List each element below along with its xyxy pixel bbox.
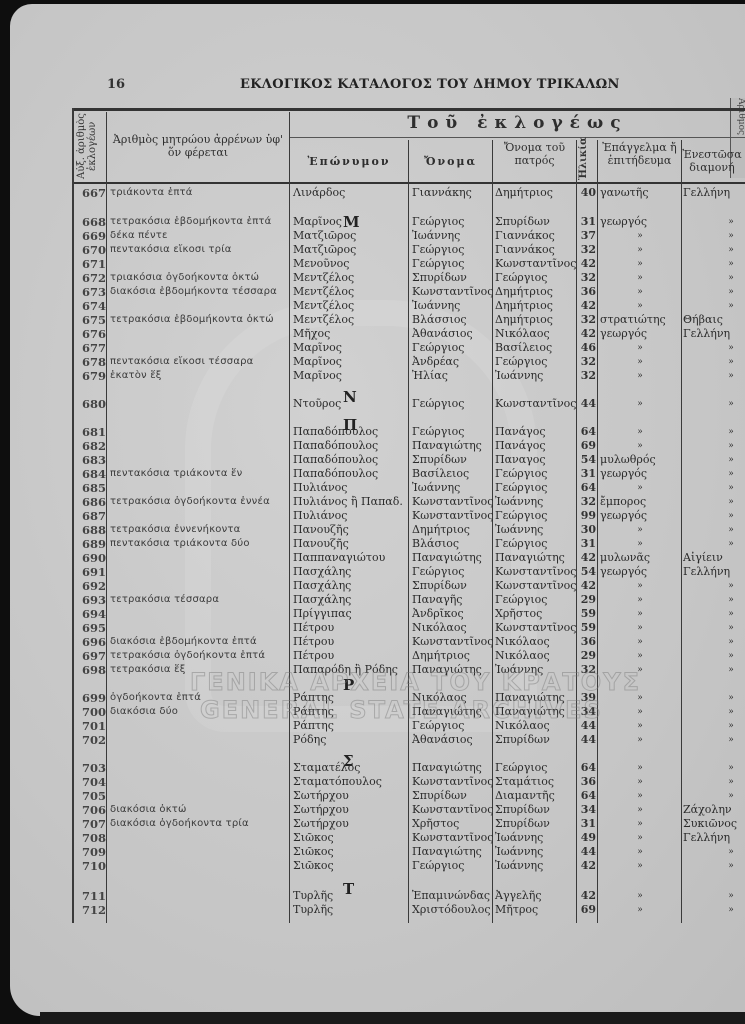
first-name-cell: Βλάσσιος bbox=[412, 313, 467, 327]
age-cell: 99 bbox=[578, 509, 596, 523]
profession-cell: » bbox=[600, 889, 680, 903]
first-name-cell: Γεώργιος bbox=[412, 859, 464, 873]
registry-number-words-cell: τετρακόσια τέσσαρα bbox=[110, 593, 219, 607]
surname-cell: Μεντζέλος bbox=[293, 285, 354, 299]
age-cell: 31 bbox=[578, 817, 596, 831]
first-name-cell: Γεώργιος bbox=[412, 215, 464, 229]
age-cell: 36 bbox=[578, 635, 596, 649]
father-name-cell: Νικόλαος bbox=[495, 649, 550, 663]
surname-cell: Παπαδόπουλος bbox=[293, 453, 378, 467]
serial-number-cell: 699 bbox=[78, 691, 106, 705]
father-name-cell: Χρῆστος bbox=[495, 607, 542, 621]
group-divider-rule bbox=[290, 137, 745, 138]
table-row: 693τετρακόσια τέσσαραΠασχάληςΠαναγῆςΓεώρ… bbox=[0, 593, 745, 607]
profession-cell: » bbox=[600, 369, 680, 383]
age-cell: 54 bbox=[578, 565, 596, 579]
father-name-cell: Ἀγγελῆς bbox=[495, 889, 542, 903]
profession-cell: » bbox=[600, 439, 680, 453]
surname-cell: Σιῶκος bbox=[293, 831, 334, 845]
residence-cell: » bbox=[700, 889, 745, 903]
profession-cell: » bbox=[600, 341, 680, 355]
age-cell: 29 bbox=[578, 649, 596, 663]
table-row: 685ΠυλιάνοςἸωάννηςΓεώργιος64»» bbox=[0, 481, 745, 495]
serial-number-cell: 667 bbox=[78, 186, 106, 200]
residence-cell: » bbox=[700, 341, 745, 355]
registry-number-words-cell: πεντακόσια τριάκοντα δύο bbox=[110, 537, 250, 551]
serial-number-cell: 676 bbox=[78, 327, 106, 341]
residence-cell: » bbox=[700, 299, 745, 313]
profession-cell: » bbox=[600, 719, 680, 733]
table-row: 712ΤυρλῆςΧριστόδουλοςΜῆτρος69»» bbox=[0, 903, 745, 917]
residence-cell: Γελλήνη bbox=[683, 565, 745, 579]
residence-cell: » bbox=[700, 593, 745, 607]
registry-number-words-cell: δέκα πέντε bbox=[110, 229, 168, 243]
first-name-cell: Ἠλίας bbox=[412, 369, 448, 383]
table-row: 680ΝτοῦροςΓεώργιοςΚωνσταντῖνος44»» bbox=[0, 397, 745, 411]
serial-number-cell: 679 bbox=[78, 369, 106, 383]
father-name-cell: Παναγος bbox=[495, 453, 546, 467]
profession-cell: » bbox=[600, 523, 680, 537]
table-row: 677ΜαρῖνοςΓεώργιοςΒασίλειος46»» bbox=[0, 341, 745, 355]
profession-cell: » bbox=[600, 229, 680, 243]
serial-number-cell: 675 bbox=[78, 313, 106, 327]
first-name-cell: Ἐπαμινώνδας bbox=[412, 889, 490, 903]
father-name-cell: Γεώργιος bbox=[495, 467, 547, 481]
serial-number-cell: 688 bbox=[78, 523, 106, 537]
surname-cell: Πανουζῆς bbox=[293, 523, 349, 537]
table-row: 672τριακόσια ὀγδοήκοντα ὀκτώΜεντζέλοςΣπυ… bbox=[0, 271, 745, 285]
age-cell: 42 bbox=[578, 299, 596, 313]
profession-cell: μυλωθρός bbox=[600, 453, 680, 467]
residence-cell: » bbox=[700, 257, 745, 271]
profession-cell: » bbox=[600, 593, 680, 607]
surname-cell: Μαρῖνος bbox=[293, 215, 342, 229]
father-name-cell: Ἰωάννης bbox=[495, 845, 543, 859]
serial-number-cell: 673 bbox=[78, 285, 106, 299]
first-name-cell: Σπυρίδων bbox=[412, 271, 467, 285]
first-name-cell: Γεώργιος bbox=[412, 425, 464, 439]
table-row: 695ΠέτρουΝικόλαοςΚωνσταντῖνος59»» bbox=[0, 621, 745, 635]
profession-cell: » bbox=[600, 761, 680, 775]
age-cell: 42 bbox=[578, 579, 596, 593]
first-name-cell: Γιαννάκης bbox=[412, 186, 472, 200]
header-registry: Ἀριθμὸς μητρώου ἀρρένων ὑφ' ὅν φέρεται bbox=[112, 133, 284, 159]
father-name-cell: Σπυρίδων bbox=[495, 803, 550, 817]
age-cell: 64 bbox=[578, 761, 596, 775]
residence-cell: » bbox=[700, 859, 745, 873]
residence-cell: » bbox=[700, 621, 745, 635]
first-name-cell: Ἰωάννης bbox=[412, 299, 460, 313]
profession-cell: » bbox=[600, 649, 680, 663]
residence-cell: Ζάχολην bbox=[683, 803, 745, 817]
registry-number-words-cell: ὀγδοήκοντα ἑπτά bbox=[110, 691, 201, 705]
age-cell: 29 bbox=[578, 593, 596, 607]
surname-cell: Μενοῦνος bbox=[293, 257, 349, 271]
serial-number-cell: 711 bbox=[78, 889, 106, 903]
surname-cell: Σωτήρχου bbox=[293, 817, 349, 831]
first-name-cell: Παναγιώτης bbox=[412, 439, 482, 453]
age-cell: 31 bbox=[578, 215, 596, 229]
table-row: 702ΡόδηςἈθανάσιοςΣπυρίδων44»» bbox=[0, 733, 745, 747]
father-name-cell: Ἰωάννης bbox=[495, 859, 543, 873]
surname-cell: Παπαδόπουλος bbox=[293, 439, 378, 453]
residence-cell: » bbox=[700, 271, 745, 285]
registry-number-words-cell: πεντακόσια τριάκοντα ἕν bbox=[110, 467, 242, 481]
residence-cell: » bbox=[700, 649, 745, 663]
serial-number-cell: 695 bbox=[78, 621, 106, 635]
profession-cell: » bbox=[600, 789, 680, 803]
first-name-cell: Δημήτριος bbox=[412, 649, 470, 663]
residence-cell: » bbox=[700, 509, 745, 523]
residence-cell: » bbox=[700, 775, 745, 789]
table-row: 688τετρακόσια ἐννενήκονταΠανουζῆςΔημήτρι… bbox=[0, 523, 745, 537]
age-cell: 32 bbox=[578, 355, 596, 369]
profession-cell: μυλωνᾶς bbox=[600, 551, 680, 565]
father-name-cell: Ἰωάννης bbox=[495, 831, 543, 845]
table-row: 674ΜεντζέλοςἸωάννηςΔημήτριος42»» bbox=[0, 299, 745, 313]
profession-cell: » bbox=[600, 579, 680, 593]
first-name-cell: Παναγῆς bbox=[412, 593, 462, 607]
surname-cell: Πέτρου bbox=[293, 621, 334, 635]
residence-cell: » bbox=[700, 467, 745, 481]
father-name-cell: Δημήτριος bbox=[495, 299, 553, 313]
residence-cell: » bbox=[700, 537, 745, 551]
header-father-name: Ὄνομα τοῦ πατρός bbox=[493, 141, 576, 167]
serial-number-cell: 694 bbox=[78, 607, 106, 621]
profession-cell: γεωργός bbox=[600, 467, 680, 481]
father-name-cell: Δημήτριος bbox=[495, 186, 553, 200]
father-name-cell: Γιαννάκος bbox=[495, 229, 555, 243]
profession-cell: ἔμπορος bbox=[600, 495, 680, 509]
surname-cell: Παπαδόπουλος bbox=[293, 425, 378, 439]
residence-cell: » bbox=[700, 481, 745, 495]
serial-number-cell: 698 bbox=[78, 663, 106, 677]
serial-number-cell: 692 bbox=[78, 579, 106, 593]
registry-number-words-cell: τριάκοντα ἑπτά bbox=[110, 186, 193, 200]
age-cell: 69 bbox=[578, 903, 596, 917]
header-profession: Ἐπάγγελμα ἤ ἐπιτήδευμα bbox=[598, 141, 681, 167]
father-name-cell: Γιαννάκος bbox=[495, 243, 555, 257]
father-name-cell: Πανάγος bbox=[495, 439, 546, 453]
table-row: 668τετρακόσια ἑβδομήκοντα ἑπτάΜαρῖνοςΓεώ… bbox=[0, 215, 745, 229]
residence-cell: » bbox=[700, 453, 745, 467]
serial-number-cell: 690 bbox=[78, 551, 106, 565]
profession-cell: γεωργός bbox=[600, 565, 680, 579]
age-cell: 31 bbox=[578, 467, 596, 481]
father-name-cell: Σπυρίδων bbox=[495, 733, 550, 747]
age-cell: 54 bbox=[578, 453, 596, 467]
registry-number-words-cell: διακόσια ἑβδομήκοντα ἑπτά bbox=[110, 635, 257, 649]
serial-number-cell: 669 bbox=[78, 229, 106, 243]
age-cell: 42 bbox=[578, 257, 596, 271]
header-name: Ὄνομα bbox=[409, 155, 492, 168]
residence-cell: Γελλήνη bbox=[683, 186, 745, 200]
table-row: 691ΠασχάληςΓεώργιοςΚωνσταντῖνος54γεωργός… bbox=[0, 565, 745, 579]
residence-cell: » bbox=[700, 663, 745, 677]
serial-number-cell: 691 bbox=[78, 565, 106, 579]
age-cell: 40 bbox=[578, 186, 596, 200]
profession-cell: » bbox=[600, 271, 680, 285]
father-name-cell: Γεώργιος bbox=[495, 537, 547, 551]
residence-cell: » bbox=[700, 523, 745, 537]
age-cell: 44 bbox=[578, 733, 596, 747]
serial-number-cell: 702 bbox=[78, 733, 106, 747]
residence-cell: » bbox=[700, 691, 745, 705]
profession-cell: » bbox=[600, 621, 680, 635]
table-row: 704ΣταματόπουλοςΚωνσταντῖνοςΣταμάτιος36»… bbox=[0, 775, 745, 789]
father-name-cell: Νικόλαος bbox=[495, 635, 550, 649]
serial-number-cell: 693 bbox=[78, 593, 106, 607]
age-cell: 36 bbox=[578, 285, 596, 299]
profession-cell: » bbox=[600, 705, 680, 719]
surname-cell: Πασχάλης bbox=[293, 579, 351, 593]
serial-number-cell: 710 bbox=[78, 859, 106, 873]
table-row: 687ΠυλιάνοςΚωνσταντῖνοςΓεώργιος99γεωργός… bbox=[0, 509, 745, 523]
first-name-cell: Σπυρίδων bbox=[412, 789, 467, 803]
profession-cell: » bbox=[600, 607, 680, 621]
registry-number-words-cell: τετρακόσια ἐννενήκοντα bbox=[110, 523, 240, 537]
first-name-cell: Παναγιώτης bbox=[412, 845, 482, 859]
table-row: 706διακόσια ὀκτώΣωτήρχουΚωνσταντῖνοςΣπυρ… bbox=[0, 803, 745, 817]
registry-number-words-cell: διακόσια ἑβδομήκοντα τέσσαρα bbox=[110, 285, 277, 299]
surname-cell: Σιῶκος bbox=[293, 859, 334, 873]
table-row: 681ΠαπαδόπουλοςΓεώργιοςΠανάγος64»» bbox=[0, 425, 745, 439]
surname-cell: Ματζιῶρος bbox=[293, 243, 356, 257]
surname-cell: Πέτρου bbox=[293, 635, 334, 649]
page-bottom-edge bbox=[40, 1012, 745, 1024]
table-row: 679ἑκατὸν ἕξΜαρῖνοςἨλίαςἸωάννης32»» bbox=[0, 369, 745, 383]
serial-number-cell: 683 bbox=[78, 453, 106, 467]
profession-cell: » bbox=[600, 859, 680, 873]
table-row: 669δέκα πέντεΜατζιῶροςἸωάννηςΓιαννάκος37… bbox=[0, 229, 745, 243]
first-name-cell: Γεώργιος bbox=[412, 565, 464, 579]
table-row: 694ΠρίγγιπαςἈνδρῖκοςΧρῆστος59»» bbox=[0, 607, 745, 621]
father-name-cell: Σταμάτιος bbox=[495, 775, 554, 789]
surname-cell: Μῆχος bbox=[293, 327, 330, 341]
surname-cell: Σιῶκος bbox=[293, 845, 334, 859]
profession-cell: » bbox=[600, 537, 680, 551]
serial-number-cell: 696 bbox=[78, 635, 106, 649]
age-cell: 32 bbox=[578, 495, 596, 509]
surname-cell: Λινάρδος bbox=[293, 186, 345, 200]
surname-cell: Πασχάλης bbox=[293, 593, 351, 607]
father-name-cell: Γεώργιος bbox=[495, 481, 547, 495]
surname-cell: Μεντζέλος bbox=[293, 313, 354, 327]
residence-cell: » bbox=[700, 719, 745, 733]
surname-cell: Παππαναγιώτου bbox=[293, 551, 385, 565]
table-row: 675τετρακόσια ἑβδομήκοντα ὀκτώΜεντζέλοςΒ… bbox=[0, 313, 745, 327]
father-name-cell: Δημήτριος bbox=[495, 285, 553, 299]
watermark-line-1: ΓΕΝΙΚΑ ΑΡΧΕΙΑ ΤΟΥ ΚΡΑΤΟΥΣ bbox=[190, 668, 641, 696]
profession-cell: » bbox=[600, 425, 680, 439]
registry-number-words-cell: πεντακόσια εἴκοσι τρία bbox=[110, 243, 232, 257]
surname-cell: Μεντζέλος bbox=[293, 299, 354, 313]
serial-number-cell: 685 bbox=[78, 481, 106, 495]
first-name-cell: Σπυρίδων bbox=[412, 579, 467, 593]
watermark-line-2: GENERAL STATE ARCHIVES bbox=[200, 696, 603, 724]
father-name-cell: Κωνσταντῖνος bbox=[495, 565, 576, 579]
table-row: 683ΠαπαδόπουλοςΣπυρίδωνΠαναγος54μυλωθρός… bbox=[0, 453, 745, 467]
first-name-cell: Χριστόδουλος bbox=[412, 903, 491, 917]
father-name-cell: Βασίλειος bbox=[495, 341, 552, 355]
registry-number-words-cell: διακόσια ὀκτώ bbox=[110, 803, 187, 817]
first-name-cell: Χρῆστος bbox=[412, 817, 459, 831]
father-name-cell: Κωνσταντῖνος bbox=[495, 397, 576, 411]
father-name-cell: Κωνσταντῖνος bbox=[495, 579, 576, 593]
profession-cell: » bbox=[600, 243, 680, 257]
surname-cell: Τυρλῆς bbox=[293, 889, 333, 903]
residence-cell: » bbox=[700, 439, 745, 453]
surname-cell: Ντοῦρος bbox=[293, 397, 341, 411]
age-cell: 42 bbox=[578, 551, 596, 565]
residence-cell: Θήβαις bbox=[683, 313, 745, 327]
first-name-cell: Γεώργιος bbox=[412, 341, 464, 355]
surname-cell: Πυλιάνος bbox=[293, 481, 347, 495]
surname-cell: Πυλιάνος ἢ Παπαδ. bbox=[293, 495, 403, 509]
registry-number-words-cell: τετρακόσια ἑβδομήκοντα ἑπτά bbox=[110, 215, 271, 229]
first-name-cell: Ἀνδρῖκος bbox=[412, 607, 464, 621]
table-row: 703ΣταματέλοςΠαναγιώτηςΓεώργιος64»» bbox=[0, 761, 745, 775]
serial-number-cell: 684 bbox=[78, 467, 106, 481]
surname-cell: Σταματόπουλος bbox=[293, 775, 382, 789]
age-cell: 46 bbox=[578, 341, 596, 355]
profession-cell: γεωργός bbox=[600, 509, 680, 523]
profession-cell: » bbox=[600, 285, 680, 299]
first-name-cell: Ἀνδρέας bbox=[412, 355, 459, 369]
father-name-cell: Σπυρίδων bbox=[495, 215, 550, 229]
registry-number-words-cell: τετρακόσια ἑβδομήκοντα ὀκτώ bbox=[110, 313, 274, 327]
serial-number-cell: 682 bbox=[78, 439, 106, 453]
registry-number-words-cell: τριακόσια ὀγδοήκοντα ὀκτώ bbox=[110, 271, 259, 285]
table-row: 676ΜῆχοςἈθανάσιοςΝικόλαος42γεωργόςΓελλήν… bbox=[0, 327, 745, 341]
header-surname: Ἐπώνυμον bbox=[290, 155, 408, 168]
father-name-cell: Κωνσταντῖνος bbox=[495, 621, 576, 635]
serial-number-cell: 670 bbox=[78, 243, 106, 257]
father-name-cell: Γεώργιος bbox=[495, 271, 547, 285]
age-cell: 64 bbox=[578, 789, 596, 803]
father-name-cell: Γεώργιος bbox=[495, 355, 547, 369]
serial-number-cell: 697 bbox=[78, 649, 106, 663]
first-name-cell: Κωνσταντῖνος bbox=[412, 635, 493, 649]
age-cell: 42 bbox=[578, 889, 596, 903]
father-name-cell: Πανάγος bbox=[495, 425, 546, 439]
surname-cell: Τυρλῆς bbox=[293, 903, 333, 917]
first-name-cell: Βασίλειος bbox=[412, 467, 469, 481]
table-row: 708ΣιῶκοςΚωνσταντῖνοςἸωάννης49»Γελλήνη bbox=[0, 831, 745, 845]
age-cell: 42 bbox=[578, 859, 596, 873]
first-name-cell: Παναγιώτης bbox=[412, 761, 482, 775]
first-name-cell: Κωνσταντῖνος bbox=[412, 803, 493, 817]
age-cell: 42 bbox=[578, 327, 596, 341]
age-cell: 37 bbox=[578, 229, 596, 243]
age-cell: 44 bbox=[578, 845, 596, 859]
residence-cell: Συκιῶνος bbox=[683, 817, 745, 831]
serial-number-cell: 712 bbox=[78, 903, 106, 917]
surname-cell: Μαρῖνος bbox=[293, 341, 342, 355]
father-name-cell: Κωνσταντῖνος bbox=[495, 257, 576, 271]
first-name-cell: Κωνσταντῖνος bbox=[412, 509, 493, 523]
father-name-cell: Σπυρίδων bbox=[495, 817, 550, 831]
table-row: 670πεντακόσια εἴκοσι τρίαΜατζιῶροςΓεώργι… bbox=[0, 243, 745, 257]
surname-cell: Ματζιῶρος bbox=[293, 229, 356, 243]
residence-cell: » bbox=[700, 425, 745, 439]
table-row: 682ΠαπαδόπουλοςΠαναγιώτηςΠανάγος69»» bbox=[0, 439, 745, 453]
age-cell: 69 bbox=[578, 439, 596, 453]
father-name-cell: Ἰωάννης bbox=[495, 369, 543, 383]
residence-cell: » bbox=[700, 229, 745, 243]
registry-number-words-cell: διακόσια δύο bbox=[110, 705, 178, 719]
table-row: 673διακόσια ἑβδομήκοντα τέσσαραΜεντζέλος… bbox=[0, 285, 745, 299]
residence-cell: » bbox=[700, 579, 745, 593]
table-row: 667τριάκοντα ἑπτάΛινάρδοςΓιαννάκηςΔημήτρ… bbox=[0, 186, 745, 200]
age-cell: 32 bbox=[578, 313, 596, 327]
profession-cell: » bbox=[600, 257, 680, 271]
serial-number-cell: 668 bbox=[78, 215, 106, 229]
registry-number-words-cell: τετρακόσια ὀγδοήκοντα ἑπτά bbox=[110, 649, 265, 663]
table-row: 684πεντακόσια τριάκοντα ἕνΠαπαδόπουλοςΒα… bbox=[0, 467, 745, 481]
father-name-cell: Γεώργιος bbox=[495, 593, 547, 607]
first-name-cell: Γεώργιος bbox=[412, 243, 464, 257]
first-name-cell: Νικόλαος bbox=[412, 621, 467, 635]
surname-cell: Πρίγγιπας bbox=[293, 607, 352, 621]
residence-cell: Γελλήνη bbox=[683, 831, 745, 845]
residence-cell: » bbox=[700, 733, 745, 747]
serial-number-cell: 706 bbox=[78, 803, 106, 817]
table-top-rule bbox=[72, 108, 745, 111]
serial-number-cell: 687 bbox=[78, 509, 106, 523]
profession-cell: » bbox=[600, 299, 680, 313]
surname-cell: Πανουζῆς bbox=[293, 537, 349, 551]
residence-cell: » bbox=[700, 789, 745, 803]
table-row: 710ΣιῶκοςΓεώργιοςἸωάννης42»» bbox=[0, 859, 745, 873]
surname-cell: Πέτρου bbox=[293, 649, 334, 663]
table-row: 690ΠαππαναγιώτουΠαναγιώτηςΠαναγιώτης42μυ… bbox=[0, 551, 745, 565]
table-row: 709ΣιῶκοςΠαναγιώτηςἸωάννης44»» bbox=[0, 845, 745, 859]
age-cell: 32 bbox=[578, 243, 596, 257]
residence-cell: Αἰγίειν bbox=[683, 551, 745, 565]
age-cell: 34 bbox=[578, 803, 596, 817]
surname-cell: Πασχάλης bbox=[293, 565, 351, 579]
profession-cell: » bbox=[600, 775, 680, 789]
serial-number-cell: 701 bbox=[78, 719, 106, 733]
profession-cell: » bbox=[600, 817, 680, 831]
age-cell: 64 bbox=[578, 425, 596, 439]
serial-number-cell: 678 bbox=[78, 355, 106, 369]
first-name-cell: Γεώργιος bbox=[412, 397, 464, 411]
first-name-cell: Ἀθανάσιος bbox=[412, 327, 473, 341]
table-row: 686τετρακόσια ὀγδοήκοντα ἐννέαΠυλιάνος ἢ… bbox=[0, 495, 745, 509]
residence-cell: » bbox=[700, 705, 745, 719]
header-voter-group: Τοῦ ἐκλογέως bbox=[290, 113, 745, 133]
profession-cell: γανωτῆς bbox=[600, 186, 680, 200]
father-name-cell: Νικόλαος bbox=[495, 327, 550, 341]
first-name-cell: Γεώργιος bbox=[412, 257, 464, 271]
serial-number-cell: 700 bbox=[78, 705, 106, 719]
profession-cell: » bbox=[600, 355, 680, 369]
profession-cell: στρατιώτης bbox=[600, 313, 680, 327]
serial-number-cell: 677 bbox=[78, 341, 106, 355]
header-age: Ἡλικία bbox=[578, 142, 596, 180]
father-name-cell: Παναγιώτης bbox=[495, 551, 565, 565]
table-row: 678πεντακόσια εἴκοσι τέσσαραΜαρῖνοςἈνδρέ… bbox=[0, 355, 745, 369]
first-name-cell: Παναγιώτης bbox=[412, 551, 482, 565]
serial-number-cell: 671 bbox=[78, 257, 106, 271]
residence-cell: » bbox=[700, 635, 745, 649]
serial-number-cell: 686 bbox=[78, 495, 106, 509]
residence-cell: » bbox=[700, 369, 745, 383]
age-cell: 31 bbox=[578, 537, 596, 551]
father-name-cell: Γεώργιος bbox=[495, 509, 547, 523]
